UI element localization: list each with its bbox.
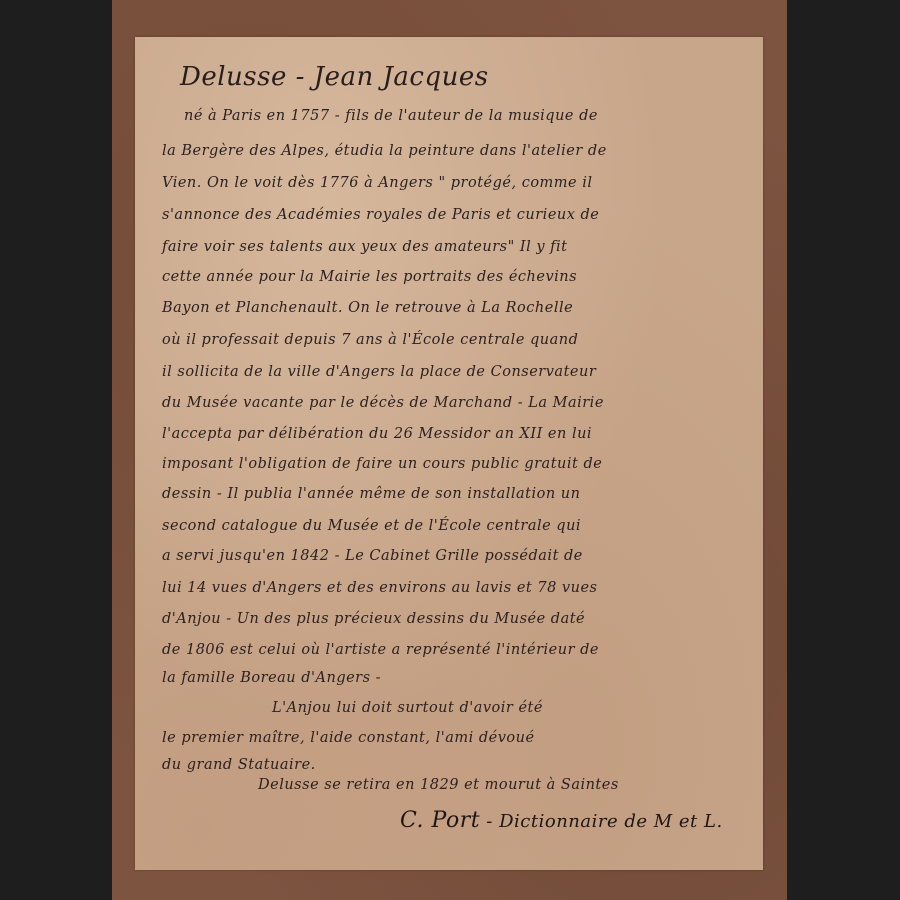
signature-author: C. Port bbox=[400, 808, 480, 833]
document-title: Delusse - Jean Jacques bbox=[180, 62, 489, 92]
text-line-16: lui 14 vues d'Angers et des environs au … bbox=[162, 580, 597, 596]
text-line-14: second catalogue du Musée et de l'École … bbox=[162, 518, 581, 534]
signature: C. Port - Dictionnaire de M et L. bbox=[400, 808, 723, 833]
paragraph2-line-3: du grand Statuaire. bbox=[162, 757, 316, 773]
paragraph2-line-2: le premier maître, l'aide constant, l'am… bbox=[162, 730, 535, 746]
text-line-3: Vien. On le voit dès 1776 à Angers " pro… bbox=[162, 175, 593, 191]
text-line-6: cette année pour la Mairie les portraits… bbox=[162, 269, 577, 285]
text-line-2: la Bergère des Alpes, étudia la peinture… bbox=[162, 143, 607, 159]
photo-stage: Delusse - Jean Jacques né à Paris en 175… bbox=[0, 0, 900, 900]
text-line-17: d'Anjou - Un des plus précieux dessins d… bbox=[162, 611, 585, 627]
closing-line: Delusse se retira en 1829 et mourut à Sa… bbox=[258, 777, 619, 793]
text-line-11: l'accepta par délibération du 26 Messido… bbox=[162, 426, 592, 442]
text-line-19: la famille Boreau d'Angers - bbox=[162, 670, 381, 686]
text-line-10: du Musée vacante par le décès de Marchan… bbox=[162, 395, 604, 411]
signature-source: - Dictionnaire de M et L. bbox=[486, 811, 722, 832]
text-line-9: il sollicita de la ville d'Angers la pla… bbox=[162, 364, 596, 380]
text-line-8: où il professait depuis 7 ans à l'École … bbox=[162, 332, 578, 348]
text-line-7: Bayon et Planchenault. On le retrouve à … bbox=[162, 300, 573, 316]
text-line-15: a servi jusqu'en 1842 - Le Cabinet Grill… bbox=[162, 548, 583, 564]
text-line-13: dessin - Il publia l'année même de son i… bbox=[162, 486, 580, 502]
paragraph2-line-1: L'Anjou lui doit surtout d'avoir été bbox=[272, 700, 543, 716]
text-line-18: de 1806 est celui où l'artiste a représe… bbox=[162, 642, 599, 658]
text-line-4: s'annonce des Académies royales de Paris… bbox=[162, 207, 599, 223]
text-line-12: imposant l'obligation de faire un cours … bbox=[162, 456, 602, 472]
text-line-5: faire voir ses talents aux yeux des amat… bbox=[162, 239, 567, 255]
text-line-1: né à Paris en 1757 - fils de l'auteur de… bbox=[184, 108, 598, 124]
